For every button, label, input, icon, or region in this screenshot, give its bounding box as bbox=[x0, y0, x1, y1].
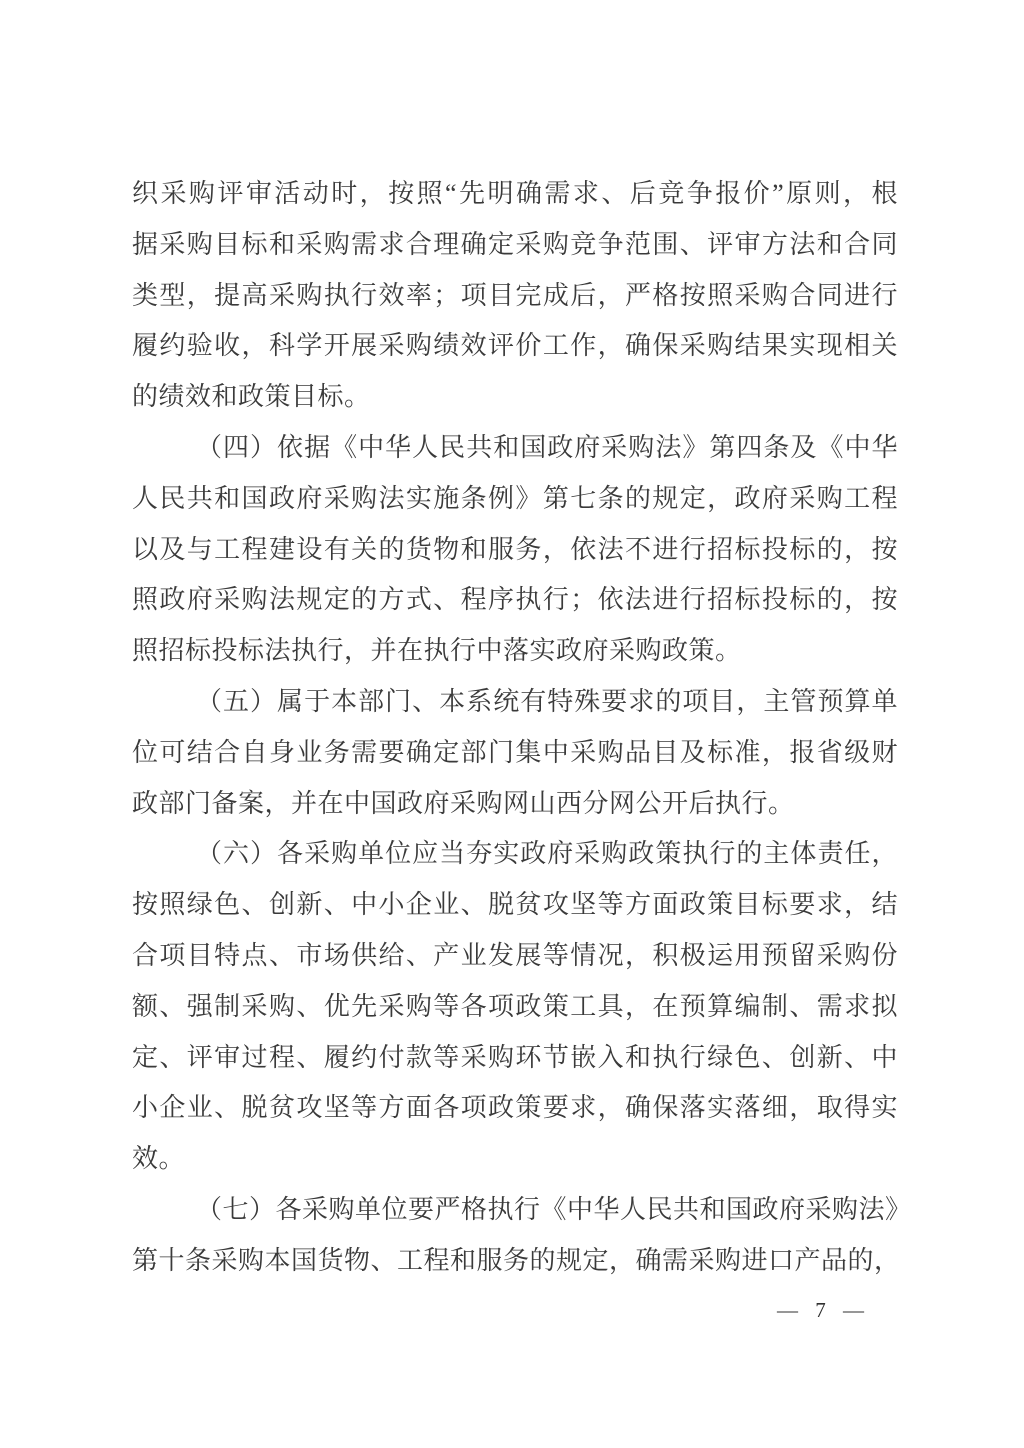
text-line: （七）各采购单位要严格执行《中华人民共和国政府采购法》 bbox=[132, 1185, 898, 1236]
text-line: 照政府采购法规定的方式、程序执行；依法进行招标投标的，按 bbox=[132, 575, 898, 626]
text-line: 位可结合自身业务需要确定部门集中采购品目及标准，报省级财 bbox=[132, 728, 898, 779]
paragraph-item-6: （六）各采购单位应当夯实政府采购政策执行的主体责任， 按照绿色、创新、中小企业、… bbox=[132, 829, 898, 1185]
paragraph-item-7: （七）各采购单位要严格执行《中华人民共和国政府采购法》 第十条采购本国货物、工程… bbox=[132, 1185, 898, 1287]
paragraph-item-4: （四）依据《中华人民共和国政府采购法》第四条及《中华 人民共和国政府采购法实施条… bbox=[132, 423, 898, 677]
text-line: 照招标投标法执行，并在执行中落实政府采购政策。 bbox=[132, 626, 898, 677]
text-line: （五）属于本部门、本系统有特殊要求的项目，主管预算单 bbox=[132, 677, 898, 728]
text-line: 的绩效和政策目标。 bbox=[132, 372, 898, 423]
text-line: （六）各采购单位应当夯实政府采购政策执行的主体责任， bbox=[132, 829, 898, 880]
text-line: （四）依据《中华人民共和国政府采购法》第四条及《中华 bbox=[132, 423, 898, 474]
text-line: 第十条采购本国货物、工程和服务的规定，确需采购进口产品的， bbox=[132, 1236, 898, 1287]
text-line: 以及与工程建设有关的货物和服务，依法不进行招标投标的，按 bbox=[132, 525, 898, 576]
document-page: 织采购评审活动时，按照“先明确需求、后竞争报价”原则，根 据采购目标和采购需求合… bbox=[0, 0, 1024, 1448]
text-line: 按照绿色、创新、中小企业、脱贫攻坚等方面政策目标要求，结 bbox=[132, 880, 898, 931]
text-line: 履约验收，科学开展采购绩效评价工作，确保采购结果实现相关 bbox=[132, 321, 898, 372]
text-line: 人民共和国政府采购法实施条例》第七条的规定，政府采购工程 bbox=[132, 474, 898, 525]
document-body: 织采购评审活动时，按照“先明确需求、后竞争报价”原则，根 据采购目标和采购需求合… bbox=[132, 169, 898, 1287]
text-line: 定、评审过程、履约付款等采购环节嵌入和执行绿色、创新、中 bbox=[132, 1033, 898, 1084]
text-line: 类型，提高采购执行效率；项目完成后，严格按照采购合同进行 bbox=[132, 271, 898, 322]
text-line: 织采购评审活动时，按照“先明确需求、后竞争报价”原则，根 bbox=[132, 169, 898, 220]
paragraph-continuation: 织采购评审活动时，按照“先明确需求、后竞争报价”原则，根 据采购目标和采购需求合… bbox=[132, 169, 898, 423]
page-number: — 7 — bbox=[777, 1294, 867, 1326]
text-line: 小企业、脱贫攻坚等方面各项政策要求，确保落实落细，取得实 bbox=[132, 1083, 898, 1134]
text-line: 据采购目标和采购需求合理确定采购竞争范围、评审方法和合同 bbox=[132, 220, 898, 271]
text-line: 额、强制采购、优先采购等各项政策工具，在预算编制、需求拟 bbox=[132, 982, 898, 1033]
text-line: 政部门备案，并在中国政府采购网山西分网公开后执行。 bbox=[132, 779, 898, 830]
text-line: 合项目特点、市场供给、产业发展等情况，积极运用预留采购份 bbox=[132, 931, 898, 982]
text-line: 效。 bbox=[132, 1134, 898, 1185]
paragraph-item-5: （五）属于本部门、本系统有特殊要求的项目，主管预算单 位可结合自身业务需要确定部… bbox=[132, 677, 898, 829]
